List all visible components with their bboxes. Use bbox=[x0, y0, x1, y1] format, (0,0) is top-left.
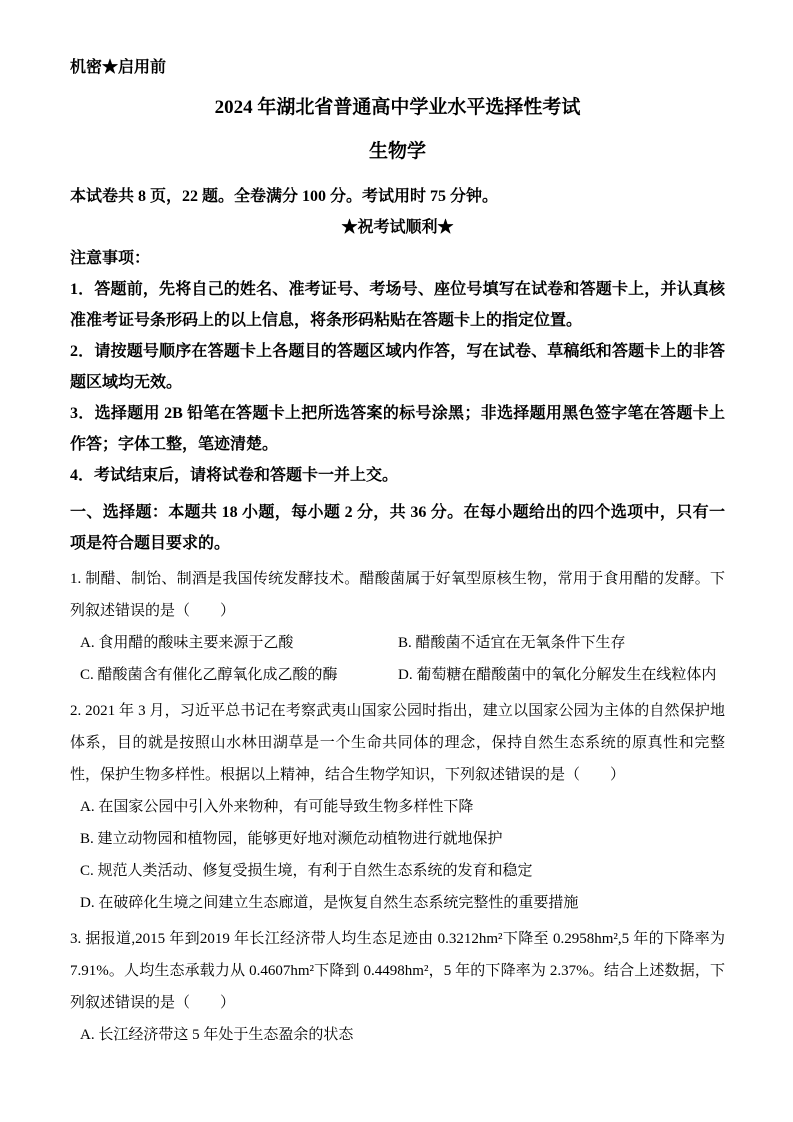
question-2-option-b: B. 建立动物园和植物园，能够更好地对濒危动植物进行就地保护 bbox=[80, 823, 725, 855]
question-3: 3. 据报道,2015 年到2019 年长江经济带人均生态足迹由 0.3212h… bbox=[70, 923, 725, 1051]
exam-info: 本试卷共 8 页，22 题。全卷满分 100 分。考试用时 75 分钟。 bbox=[70, 181, 725, 212]
question-1: 1. 制醋、制饴、制酒是我国传统发酵技术。醋酸菌属于好氧型原核生物，常用于食用醋… bbox=[70, 563, 725, 691]
notice-item-3: 3．选择题用 2B 铅笔在答题卡上把所选答案的标号涂黑；非选择题用黑色签字笔在答… bbox=[70, 398, 725, 460]
classification-label: 机密★启用前 bbox=[70, 57, 725, 79]
question-2: 2. 2021 年 3 月，习近平总书记在考察武夷山国家公园时指出，建立以国家公… bbox=[70, 695, 725, 919]
notice-item-1: 1．答题前，先将自己的姓名、准考证号、考场号、座位号填写在试卷和答题卡上，并认真… bbox=[70, 274, 725, 336]
question-3-options: A. 长江经济带这 5 年处于生态盈余的状态 bbox=[70, 1019, 725, 1051]
question-2-option-c: C. 规范人类活动、修复受损生境，有利于自然生态系统的发育和稳定 bbox=[80, 855, 725, 887]
question-3-stem: 3. 据报道,2015 年到2019 年长江经济带人均生态足迹由 0.3212h… bbox=[70, 923, 725, 1019]
question-1-stem: 1. 制醋、制饴、制酒是我国传统发酵技术。醋酸菌属于好氧型原核生物，常用于食用醋… bbox=[70, 563, 725, 627]
question-1-option-a: A. 食用醋的酸味主要来源于乙酸 bbox=[80, 627, 398, 659]
exam-paper: 机密★启用前 2024 年湖北省普通高中学业水平选择性考试 生物学 本试卷共 8… bbox=[0, 0, 793, 1122]
exam-subject: 生物学 bbox=[70, 139, 725, 165]
question-2-stem: 2. 2021 年 3 月，习近平总书记在考察武夷山国家公园时指出，建立以国家公… bbox=[70, 695, 725, 791]
question-1-option-d: D. 葡萄糖在醋酸菌中的氧化分解发生在线粒体内 bbox=[398, 659, 725, 691]
question-1-option-c: C. 醋酸菌含有催化乙醇氧化成乙酸的酶 bbox=[80, 659, 398, 691]
notice-item-4: 4．考试结束后，请将试卷和答题卡一并上交。 bbox=[70, 460, 725, 491]
notice-item-2: 2．请按题号顺序在答题卡上各题目的答题区域内作答，写在试卷、草稿纸和答题卡上的非… bbox=[70, 336, 725, 398]
question-3-option-a: A. 长江经济带这 5 年处于生态盈余的状态 bbox=[80, 1019, 725, 1051]
notices-heading: 注意事项： bbox=[70, 243, 725, 274]
question-2-option-a: A. 在国家公园中引入外来物种，有可能导致生物多样性下降 bbox=[80, 791, 725, 823]
question-2-options: A. 在国家公园中引入外来物种，有可能导致生物多样性下降 B. 建立动物园和植物… bbox=[70, 791, 725, 919]
question-2-option-d: D. 在破碎化生境之间建立生态廊道，是恢复自然生态系统完整性的重要措施 bbox=[80, 887, 725, 919]
question-1-options: A. 食用醋的酸味主要来源于乙酸 B. 醋酸菌不适宜在无氧条件下生存 C. 醋酸… bbox=[70, 627, 725, 691]
section-heading: 一、选择题：本题共 18 小题，每小题 2 分，共 36 分。在每小题给出的四个… bbox=[70, 497, 725, 559]
question-1-option-b: B. 醋酸菌不适宜在无氧条件下生存 bbox=[398, 627, 725, 659]
exam-title: 2024 年湖北省普通高中学业水平选择性考试 bbox=[70, 95, 725, 121]
exam-wish: ★祝考试顺利★ bbox=[70, 212, 725, 243]
